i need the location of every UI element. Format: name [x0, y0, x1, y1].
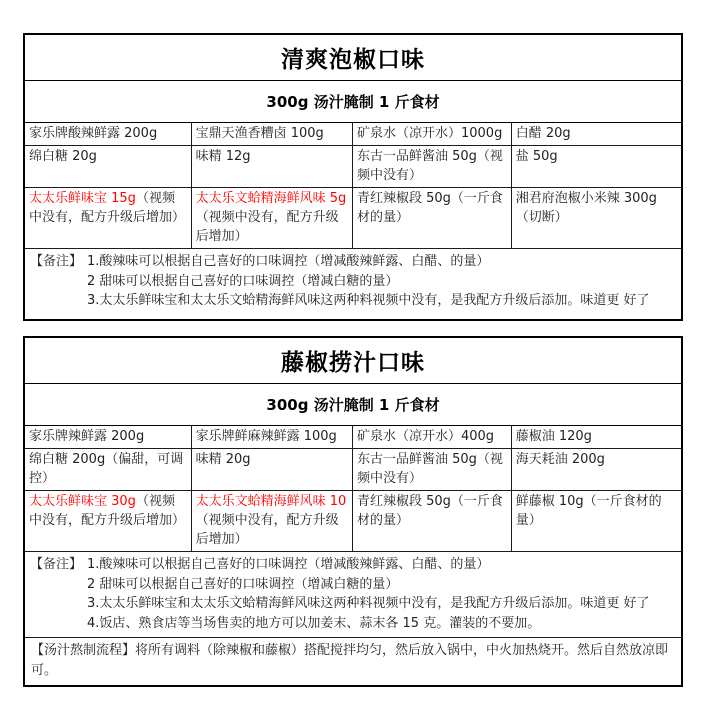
ingredient-row: 太太乐鲜味宝 15g（视频中没有，配方升级后增加） 太太乐文蛤精海鲜风味 5g（… [25, 188, 681, 249]
note-line: 3.太太乐鲜味宝和太太乐文蛤精海鲜风味这两种料视频中没有，是我配方升级后添加。味… [87, 291, 675, 311]
ingredient-row: 绵白糖 20g 味精 12g 东古一品鲜酱油 50g（视频中没有） 盐 50g [25, 146, 681, 188]
process-section: 【汤汁熬制流程】将所有调料（除辣椒和藤椒）搭配搅拌均匀，然后放入锅中，中火加热烧… [25, 637, 681, 685]
notes-section: 【备注】 1.酸辣味可以根据自己喜好的口味调控（增减酸辣鲜露、白醋、的量） 2 … [25, 552, 681, 637]
ingredient-note: 青红辣椒段 50g（一斤食材的量） [357, 494, 503, 528]
ingredient-note: 鲜藤椒 10g（一斤食材的量） [516, 494, 662, 528]
notes-section: 【备注】 1.酸辣味可以根据自己喜好的口味调控（增减酸辣鲜露、白醋、的量） 2 … [25, 249, 681, 319]
ingredient-note: 青红辣椒段 50g（一斤食材的量） [357, 191, 503, 225]
ingredient-row: 家乐牌辣鲜露 200g 家乐牌鲜麻辣鲜露 100g 矿泉水（凉开水）400g 藤… [25, 426, 681, 449]
ingredient-cell: 鲜藤椒 10g（一斤食材的量） [512, 491, 681, 551]
note-line: 2 甜味可以根据自己喜好的口味调控（增减白糖的量） [87, 272, 675, 292]
ingredient-cell: 白醋 20g [512, 123, 681, 145]
note-line: 4.饭店、熟食店等当场售卖的地方可以加姜末、蒜末各 15 克。灌装的不要加。 [87, 614, 675, 634]
ingredient-cell: 藤椒油 120g [512, 426, 681, 448]
ingredient-note: （视频中没有，配方升级后增加） [196, 210, 339, 244]
ingredient-cell: 太太乐文蛤精海鲜风味 10（视频中没有，配方升级后增加） [192, 491, 353, 551]
ingredient-row: 家乐牌酸辣鲜露 200g 宝鼎天渔香糟卤 100g 矿泉水（凉开水）1000g … [25, 123, 681, 146]
note-line: 2 甜味可以根据自己喜好的口味调控（增减白糖的量） [87, 575, 675, 595]
recipe-table-rattan-pepper: 藤椒捞汁口味 300g 汤汁腌制 1 斤食材 家乐牌辣鲜露 200g 家乐牌鲜麻… [23, 336, 683, 687]
table-title: 藤椒捞汁口味 [25, 338, 681, 384]
ingredient-cell: 海天耗油 200g [512, 449, 681, 490]
recipe-table-pickled-pepper: 清爽泡椒口味 300g 汤汁腌制 1 斤食材 家乐牌酸辣鲜露 200g 宝鼎天渔… [23, 33, 683, 321]
ingredient-cell: 太太乐文蛤精海鲜风味 5g（视频中没有，配方升级后增加） [192, 188, 353, 248]
notes-label: 【备注】 [30, 252, 82, 272]
ingredient-cell: 太太乐鲜味宝 30g（视频中没有，配方升级后增加） [25, 491, 192, 551]
ingredient-cell: 矿泉水（凉开水）1000g [353, 123, 512, 145]
table-subtitle: 300g 汤汁腌制 1 斤食材 [25, 384, 681, 426]
ingredient-cell: 味精 20g [192, 449, 353, 490]
ingredient-cell: 宝鼎天渔香糟卤 100g [192, 123, 353, 145]
ingredient-cell: 味精 12g [192, 146, 353, 187]
highlighted-ingredient: 太太乐鲜味宝 15g [29, 191, 136, 206]
highlighted-ingredient: 太太乐鲜味宝 30g [29, 494, 136, 509]
ingredient-cell: 东古一品鲜酱油 50g（视频中没有） [353, 146, 512, 187]
highlighted-ingredient: 太太乐文蛤精海鲜风味 10 [196, 494, 347, 509]
ingredient-cell: 矿泉水（凉开水）400g [353, 426, 512, 448]
page: 清爽泡椒口味 300g 汤汁腌制 1 斤食材 家乐牌酸辣鲜露 200g 宝鼎天渔… [23, 33, 683, 702]
notes-label: 【备注】 [30, 555, 82, 575]
ingredient-cell: 湘君府泡椒小米辣 300g（切断） [512, 188, 681, 248]
ingredient-cell: 家乐牌辣鲜露 200g [25, 426, 192, 448]
ingredient-note: 湘君府泡椒小米辣 300g（切断） [516, 191, 657, 225]
note-line: 1.酸辣味可以根据自己喜好的口味调控（增减酸辣鲜露、白醋、的量） [87, 252, 675, 272]
ingredient-cell: 青红辣椒段 50g（一斤食材的量） [353, 491, 512, 551]
note-line: 3.太太乐鲜味宝和太太乐文蛤精海鲜风味这两种料视频中没有，是我配方升级后添加。味… [87, 594, 675, 614]
ingredient-row: 太太乐鲜味宝 30g（视频中没有，配方升级后增加） 太太乐文蛤精海鲜风味 10（… [25, 491, 681, 552]
ingredient-cell: 家乐牌酸辣鲜露 200g [25, 123, 192, 145]
table-title: 清爽泡椒口味 [25, 35, 681, 81]
ingredient-cell: 家乐牌鲜麻辣鲜露 100g [192, 426, 353, 448]
ingredient-cell: 青红辣椒段 50g（一斤食材的量） [353, 188, 512, 248]
ingredient-note: （视频中没有，配方升级后增加） [196, 513, 339, 547]
process-label: 【汤汁熬制流程】 [31, 643, 135, 658]
note-line: 1.酸辣味可以根据自己喜好的口味调控（增减酸辣鲜露、白醋、的量） [87, 555, 675, 575]
ingredient-cell: 太太乐鲜味宝 15g（视频中没有，配方升级后增加） [25, 188, 192, 248]
ingredient-cell: 盐 50g [512, 146, 681, 187]
ingredient-cell: 东古一品鲜酱油 50g（视频中没有） [353, 449, 512, 490]
ingredient-cell: 绵白糖 20g [25, 146, 192, 187]
ingredient-row: 绵白糖 200g（偏甜，可调控） 味精 20g 东古一品鲜酱油 50g（视频中没… [25, 449, 681, 491]
table-subtitle: 300g 汤汁腌制 1 斤食材 [25, 81, 681, 123]
ingredient-cell: 绵白糖 200g（偏甜，可调控） [25, 449, 192, 490]
highlighted-ingredient: 太太乐文蛤精海鲜风味 5g [196, 191, 347, 206]
